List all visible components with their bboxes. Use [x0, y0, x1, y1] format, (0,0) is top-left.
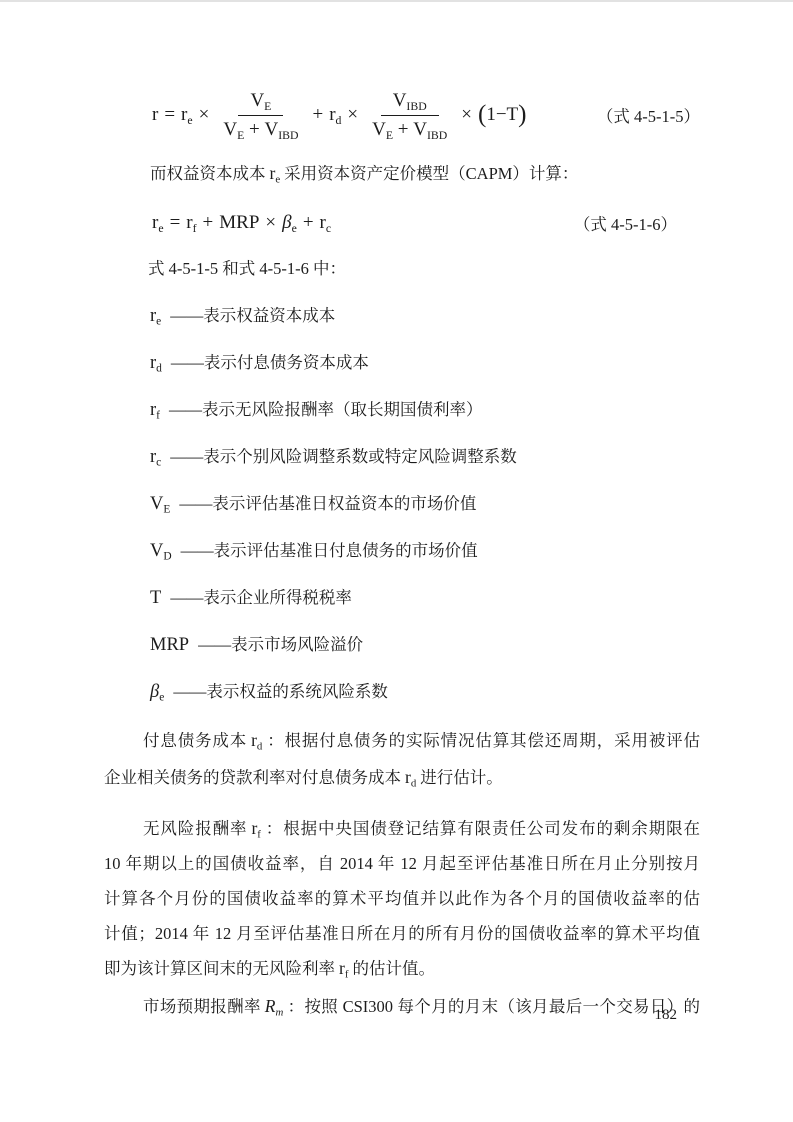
para-text: 的估计值。 — [352, 959, 435, 978]
definition-item-ve: VE——表示评估基准日权益资本的市场价值 — [150, 493, 700, 515]
ve-symbol: VE — [150, 494, 170, 514]
symbol-base: MRP — [150, 635, 189, 655]
plus-sign: + — [398, 119, 409, 140]
capm-term-beta: βe — [282, 212, 297, 234]
rc-sub: c — [326, 221, 331, 234]
rm-symbol: Rm — [265, 996, 284, 1016]
paragraph-market-return: 市场预期报酬率Rm：按照 CSI300 每个月的月末（该月最后一个交易日）的 — [104, 989, 700, 1024]
formula-wacc: r = re × VE VE + VIBD + rd × VIBD VE + V… — [152, 90, 700, 141]
para-text: ：按照 CSI300 每个月的月末（该月最后一个交易日）的 — [287, 997, 700, 1016]
para-line: 付息债务成本rd：根据付息债务的实际情况估算其偿还周期，采用被评估 — [104, 722, 700, 759]
capm-intro-line: 而权益资本成本re采用资本资产定价模型（CAPM）计算： — [150, 161, 700, 186]
definition-item-rd: rd——表示付息债务资本成本 — [150, 352, 700, 374]
rc-symbol: rc — [150, 447, 161, 467]
fraction-equity-weight: VE VE + VIBD — [219, 90, 302, 141]
para-line: 计算各个月份的国债收益率的算术平均值并以此作为各个月的国债收益率的估 — [104, 881, 700, 916]
definition-item-vd: VD——表示评估基准日付息债务的市场价值 — [150, 540, 700, 562]
symbol-base: T — [150, 588, 161, 608]
definition-item-t: T——表示企业所得税税率 — [150, 587, 700, 609]
wacc-lhs: r — [152, 104, 158, 126]
capm-term-rf: rf — [186, 212, 196, 234]
one-minus-t: 1−T — [486, 104, 518, 126]
ve-base: V — [223, 119, 237, 140]
definition-text: ——表示评估基准日权益资本的市场价值 — [179, 494, 476, 513]
definition-text: ——表示企业所得税税率 — [170, 588, 352, 607]
ve-sub: E — [264, 100, 271, 113]
ve-base: V — [250, 90, 264, 111]
definition-item-rf: rf——表示无风险报酬率（取长期国债利率） — [150, 399, 700, 421]
equation-label-4-5-1-6: （式 4-5-1-6） — [574, 211, 677, 235]
symbol-sub: e — [159, 691, 164, 703]
capm-term-rc: rc — [320, 212, 332, 234]
vibd-sub: IBD — [427, 129, 447, 142]
wacc-term-rd: rd — [329, 104, 341, 126]
para-text: ：根据付息债务的实际情况估算其偿还周期，采用被评估 — [266, 731, 700, 750]
para-text: 即为该计算区间末的无风险利率 — [104, 959, 335, 978]
rm-base: R — [265, 996, 276, 1016]
rd-symbol: rd — [251, 730, 262, 750]
equals-sign: = — [170, 212, 181, 234]
times-sign: × — [461, 104, 472, 126]
para-line: 企业相关债务的贷款利率对付息债务成本rd进行估计。 — [104, 759, 700, 796]
plus-sign: + — [312, 104, 323, 126]
vibd-base: V — [413, 119, 427, 140]
definition-text: ——表示个别风险调整系数或特定风险调整系数 — [170, 447, 517, 466]
rm-sub: m — [275, 1006, 283, 1018]
definition-item-rc: rc——表示个别风险调整系数或特定风险调整系数 — [150, 446, 700, 468]
capm-term-mrp: MRP — [219, 212, 259, 234]
symbol-sub: D — [163, 550, 171, 562]
symbol-base: β — [150, 682, 159, 702]
re-sub: e — [187, 114, 192, 127]
rd-sub: d — [257, 740, 262, 752]
definition-text: ——表示无风险报酬率（取长期国债利率） — [169, 400, 483, 419]
times-sign: × — [265, 212, 276, 234]
para-line: 10 年期以上的国债收益率，自 2014 年 12 月起至评估基准日所在月止分别… — [104, 846, 700, 881]
beta-base: β — [282, 212, 291, 233]
re-sub: e — [275, 173, 280, 185]
open-paren: ( — [478, 101, 486, 129]
capm-term-re: re — [152, 212, 164, 234]
vibd-sub: IBD — [406, 100, 426, 113]
vibd-sub: IBD — [278, 129, 298, 142]
vibd-base: V — [393, 90, 407, 111]
rf-sub: f — [257, 828, 261, 840]
wacc-term-re: re — [181, 104, 193, 126]
plus-sign: + — [203, 212, 214, 234]
paragraph-debt-cost: 付息债务成本rd：根据付息债务的实际情况估算其偿还周期，采用被评估 企业相关债务… — [104, 722, 700, 796]
formula-capm: re = rf + MRP × βe + rc （式 4-5-1-6） — [152, 210, 700, 236]
fraction-debt-weight: VIBD VE + VIBD — [368, 90, 451, 141]
rf-symbol: rf — [150, 400, 160, 420]
vd-symbol: VD — [150, 541, 172, 561]
para-line: 即为该计算区间末的无风险利率rf的估计值。 — [104, 951, 700, 986]
definitions-list: re——表示权益资本成本 rd——表示付息债务资本成本 rf——表示无风险报酬率… — [104, 305, 700, 703]
ve-base: V — [372, 119, 386, 140]
times-sign: × — [347, 104, 358, 126]
rf-symbol: rf — [251, 818, 260, 838]
symbol-sub: e — [156, 315, 161, 327]
rd-sub: d — [336, 114, 342, 127]
equals-sign: = — [164, 104, 175, 126]
paragraph-risk-free-rate: 无风险报酬率rf：根据中央国债登记结算有限责任公司发布的剩余期限在 10 年期以… — [104, 811, 700, 986]
para-text: 无风险报酬率 — [143, 819, 247, 838]
definition-text: ——表示评估基准日付息债务的市场价值 — [181, 541, 478, 560]
page-number: 182 — [655, 1006, 678, 1024]
symbol-sub: c — [156, 456, 161, 468]
rf-sub: f — [193, 221, 197, 234]
symbol-base: V — [150, 541, 163, 561]
document-page: r = re × VE VE + VIBD + rd × VIBD VE + V… — [0, 0, 793, 1122]
definition-text: ——表示市场风险溢价 — [198, 635, 363, 654]
formula-ref-line: 式 4-5-1-5 和式 4-5-1-6 中： — [148, 258, 700, 280]
rf-sub: f — [345, 968, 349, 980]
para-text: ：根据中央国债登记结算有限责任公司发布的剩余期限在 — [265, 819, 700, 838]
beta-symbol: βe — [150, 682, 164, 702]
definition-item-beta: βe——表示权益的系统风险系数 — [150, 681, 700, 703]
para-text: 进行估计。 — [420, 768, 503, 787]
para-line: 无风险报酬率rf：根据中央国债登记结算有限责任公司发布的剩余期限在 — [104, 811, 700, 846]
symbol-sub: d — [156, 362, 162, 374]
ve-sub: E — [237, 129, 244, 142]
re-symbol: re — [270, 163, 281, 183]
intro-text: 采用资本资产定价模型（CAPM）计算： — [284, 164, 578, 183]
rd-symbol: rd — [150, 353, 162, 373]
ve-sub: E — [386, 129, 393, 142]
times-sign: × — [199, 104, 210, 126]
rd-symbol: rd — [405, 767, 416, 787]
plus-sign: + — [249, 119, 260, 140]
para-line: 计值；2014 年 12 月至评估基准日所在月的所有月份的国债收益率的算术平均值 — [104, 916, 700, 951]
plus-sign: + — [303, 212, 314, 234]
rd-sub: d — [411, 777, 416, 789]
vibd-base: V — [264, 119, 278, 140]
definition-text: ——表示权益的系统风险系数 — [173, 682, 388, 701]
symbol-sub: E — [163, 503, 170, 515]
t-symbol: T — [150, 588, 161, 608]
symbol-sub: f — [156, 409, 160, 421]
para-line: 市场预期报酬率Rm：按照 CSI300 每个月的月末（该月最后一个交易日）的 — [104, 989, 700, 1024]
definition-item-re: re——表示权益资本成本 — [150, 305, 700, 327]
definition-text: ——表示权益资本成本 — [170, 306, 335, 325]
close-paren: ) — [518, 101, 526, 129]
fraction-denominator: VE + VIBD — [219, 116, 302, 141]
para-text: 付息债务成本 — [143, 731, 247, 750]
definition-text: ——表示付息债务资本成本 — [171, 353, 369, 372]
definition-item-mrp: MRP——表示市场风险溢价 — [150, 634, 700, 656]
fraction-denominator: VE + VIBD — [368, 116, 451, 141]
fraction-numerator: VIBD — [381, 90, 439, 116]
mrp-symbol: MRP — [150, 635, 189, 655]
re-symbol: re — [150, 306, 161, 326]
rf-symbol: rf — [339, 958, 348, 978]
symbol-base: V — [150, 494, 163, 514]
beta-sub: e — [292, 221, 297, 234]
fraction-numerator: VE — [238, 90, 283, 116]
equation-label-4-5-1-5: （式 4-5-1-5） — [597, 103, 700, 127]
intro-text: 而权益资本成本 — [150, 164, 266, 183]
para-text: 企业相关债务的贷款利率对付息债务成本 — [104, 768, 401, 787]
re-sub: e — [158, 221, 163, 234]
para-text: 市场预期报酬率 — [143, 997, 261, 1016]
